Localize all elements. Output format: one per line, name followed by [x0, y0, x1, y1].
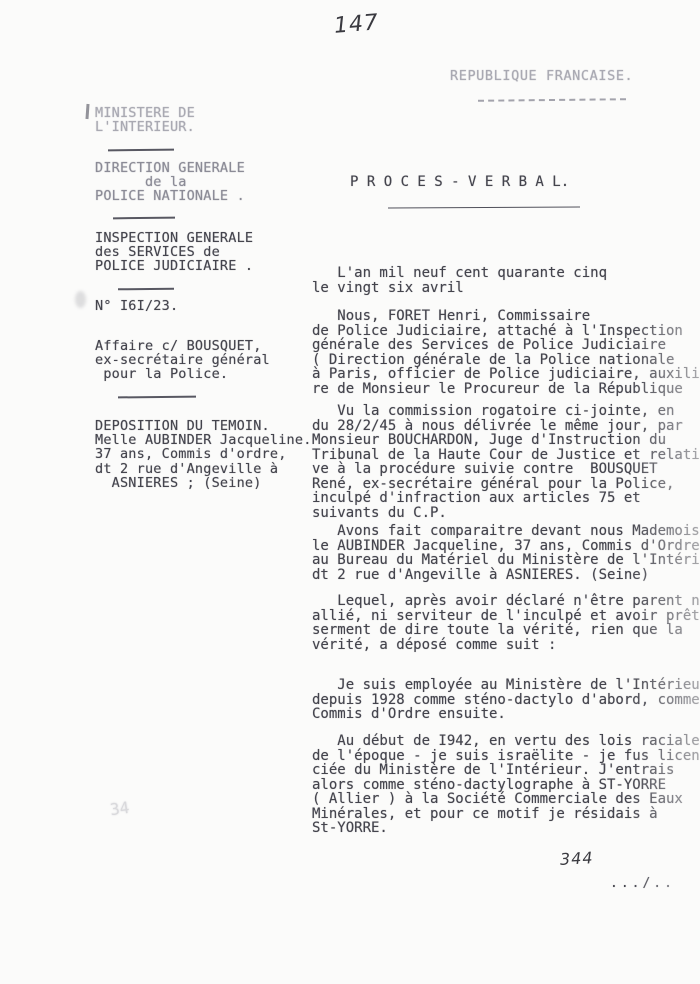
title-underline: [388, 206, 580, 208]
handwritten-page-number-bottom: 344: [560, 848, 594, 869]
republic-header: REPUBLIQUE FRANCAISE.: [450, 68, 633, 84]
witness-deposition-heading: DEPOSITION DU TEMOIN. Melle AUBINDER Jac…: [95, 419, 312, 490]
sidebar-divider-1: [108, 149, 174, 152]
proces-verbal-title: P R O C E S - V E R B A L.: [350, 175, 569, 190]
body-paragraph: L'an mil neuf cent quarante cinq le ving…: [312, 266, 607, 295]
scan-artifact-blob: [75, 291, 86, 308]
sidebar-divider-4: [118, 396, 196, 399]
body-paragraph: Lequel, après avoir déclaré n'être paren…: [312, 594, 700, 652]
body-paragraph: Au début de I942, en vertu des lois raci…: [312, 734, 700, 836]
republic-header-underline: [478, 98, 626, 102]
sidebar-divider-3: [118, 288, 174, 291]
faint-stamp: 34: [109, 798, 131, 819]
sidebar-divider-2: [113, 217, 175, 220]
sidebar-direction: DIRECTION GENERALE de la POLICE NATIONAL…: [95, 161, 245, 204]
sidebar-inspection: INSPECTION GENERALE des SERVICES de POLI…: [95, 231, 253, 274]
handwritten-page-number-top: 147: [333, 10, 380, 39]
continuation-mark: .../..: [610, 876, 675, 891]
scan-artifact-tick: [85, 104, 89, 119]
body-paragraph: Avons fait comparaitre devant nous Madem…: [312, 524, 700, 582]
body-paragraph: Je suis employée au Ministère de l'Intér…: [312, 678, 700, 722]
body-paragraph: Nous, FORET Henri, Commissaire de Police…: [312, 309, 700, 396]
sidebar-ministry: MINISTERE DE L'INTERIEUR.: [95, 106, 195, 134]
body-paragraph: Vu la commission rogatoire ci-jointe, en…: [312, 404, 700, 520]
case-title: Affaire c/ BOUSQUET, ex-secrétaire génér…: [95, 339, 270, 382]
case-reference-number: N° I6I/23.: [95, 299, 178, 313]
document-page: 147 REPUBLIQUE FRANCAISE. MINISTERE DE L…: [0, 0, 700, 984]
